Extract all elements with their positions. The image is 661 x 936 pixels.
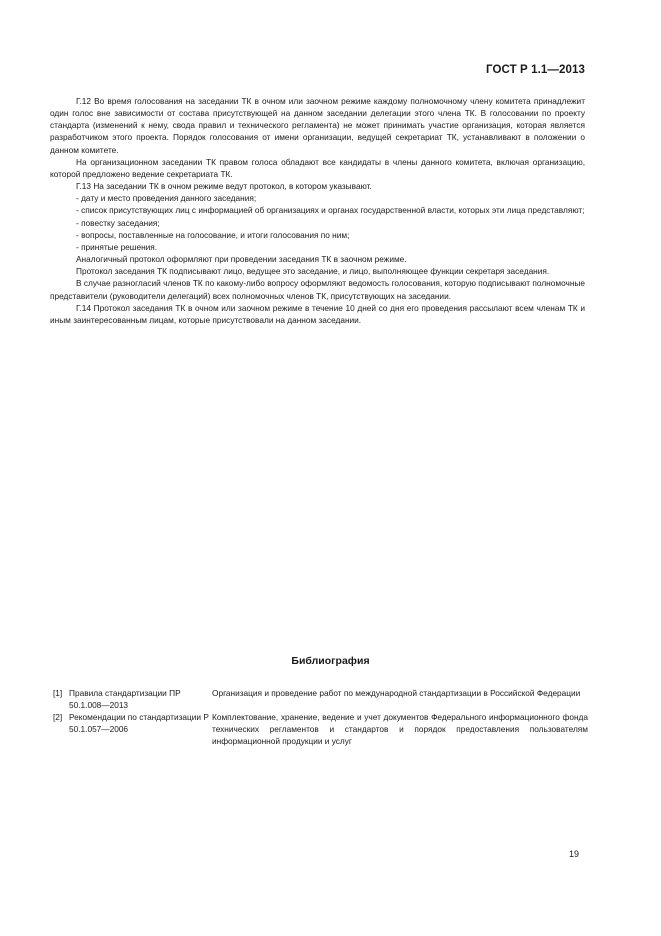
list-item-decisions: - принятые решения. [50, 241, 585, 253]
document-code-header: ГОСТ Р 1.1—2013 [486, 64, 585, 76]
paragraph-g12: Г.12 Во время голосования на заседании Т… [50, 95, 585, 156]
paragraph-protocol-signing: Протокол заседания ТК подписывают лицо, … [50, 265, 585, 277]
bibliography-entry-number: [1] [53, 687, 69, 711]
paragraph-g14: Г.14 Протокол заседания ТК в очном или з… [50, 302, 585, 326]
bibliography-entry-number: [2] [53, 711, 69, 747]
list-item-agenda: - повестку заседания; [50, 217, 585, 229]
bibliography-list: [1] Правила стандартизации ПР 50.1.008—2… [53, 687, 588, 747]
list-item-voting: - вопросы, поставленные на голосование, … [50, 229, 585, 241]
bibliography-entry: [2] Рекомендации по стандартизации Р 50.… [53, 711, 588, 747]
paragraph-g13: Г.13 На заседании ТК в очном режиме веду… [50, 180, 585, 192]
bibliography-entry-description: Организация и проведение работ по междун… [212, 687, 588, 711]
list-item-attendees: - список присутствующих лиц с информацие… [50, 204, 585, 216]
list-item-date: - дату и место проведения данного заседа… [50, 192, 585, 204]
page-number: 19 [569, 849, 579, 859]
bibliography-entry-description: Комплектование, хранение, ведение и учет… [212, 711, 588, 747]
bibliography-title: Библиография [0, 655, 661, 667]
bibliography-entry-name: Рекомендации по стандартизации Р 50.1.05… [69, 711, 212, 747]
paragraph-organizational-meeting: На организационном заседании ТК правом г… [50, 156, 585, 180]
document-body: Г.12 Во время голосования на заседании Т… [50, 95, 585, 326]
paragraph-disagreements: В случае разногласий членов ТК по какому… [50, 277, 585, 301]
bibliography-entry-name: Правила стандартизации ПР 50.1.008—2013 [69, 687, 212, 711]
bibliography-entry: [1] Правила стандартизации ПР 50.1.008—2… [53, 687, 588, 711]
paragraph-remote-protocol: Аналогичный протокол оформляют при прове… [50, 253, 585, 265]
